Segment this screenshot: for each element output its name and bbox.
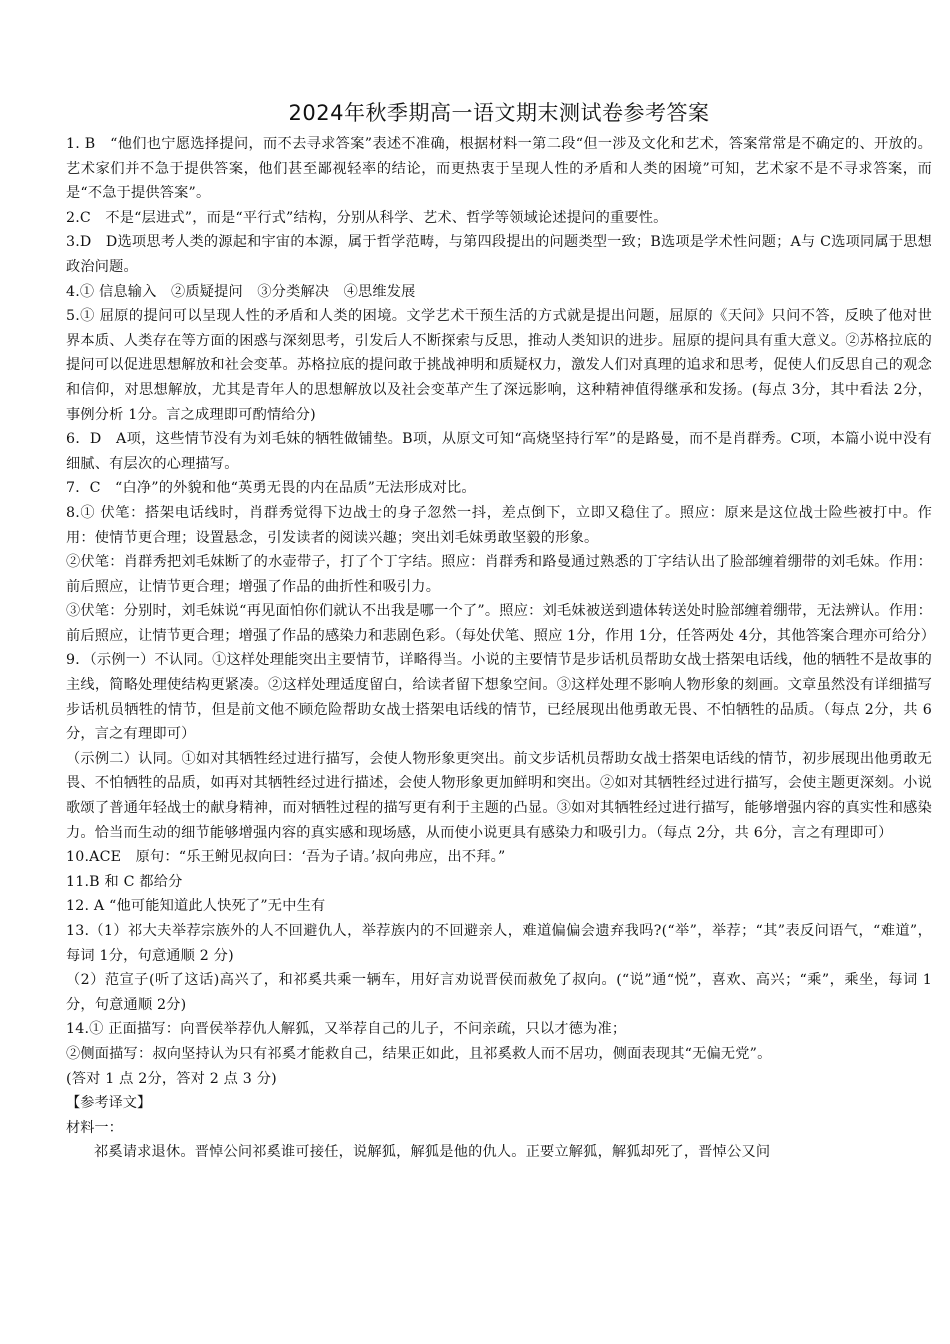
answer-13-part-2: （2）范宣子(听了这话)高兴了，和祁奚共乘一辆车，用好言劝说晋侯而赦免了叔向。(… [66, 968, 932, 1017]
answer-2: 2.C 不是“层进式”，而是“平行式”结构，分别从科学、艺术、哲学等领域论述提问… [66, 206, 932, 231]
answer-9-example-2: （示例二）认同。①如对其牺牲经过进行描写，会使人物形象更突出。前文步话机员帮助女… [66, 747, 932, 845]
answer-13-part-1: 13.（1）祁大夫举荐宗族外的人不回避仇人，举荐族内的不回避亲人，难道偏偏会遗弃… [66, 919, 932, 968]
answer-4: 4.① 信息输入 ②质疑提问 ③分类解决 ④思维发展 [66, 280, 932, 305]
answer-10: 10.ACE 原句：“乐王鲋见叔向曰：‘吾为子请。’叔向弗应，出不拜。” [66, 845, 932, 870]
material-label: 材料一： [66, 1116, 932, 1141]
translation-heading: 【参考译文】 [66, 1091, 932, 1116]
answer-3: 3.D D选项思考人类的源起和宇宙的本源，属于哲学范畴，与第四段提出的问题类型一… [66, 230, 932, 279]
answer-14-part-1: 14.① 正面描写：向晋侯举荐仇人解狐，又举荐自己的儿子，不问亲疏，只以才德为准… [66, 1017, 932, 1042]
answer-8-part-2: ②伏笔：肖群秀把刘毛妹断了的水壶带子，打了个丁字结。照应：肖群秀和路曼通过熟悉的… [66, 550, 932, 599]
translation-paragraph: 祁奚请求退休。晋悼公问祁奚谁可接任，说解狐，解狐是他的仇人。正要立解狐，解狐却死… [66, 1140, 932, 1165]
answer-14-part-2: ②侧面描写：叔向坚持认为只有祁奚才能救自己，结果正如此，且祁奚救人而不居功，侧面… [66, 1042, 932, 1067]
answer-14-scoring: (答对 1 点 2分，答对 2 点 3 分) [66, 1067, 932, 1092]
answer-8-part-1: 8.① 伏笔：搭架电话线时，肖群秀觉得下边战士的身子忽然一抖，差点倒下，立即又稳… [66, 501, 932, 550]
document-page: 2024年秋季期高一语文期末测试卷参考答案 1. B “他们也宁愿选择提问，而不… [66, 98, 932, 1165]
answer-5: 5.① 屈原的提问可以呈现人性的矛盾和人类的困境。文学艺术干预生活的方式就是提出… [66, 304, 932, 427]
answer-9-example-1: 9．（示例一）不认同。①这样处理能突出主要情节，详略得当。小说的主要情节是步话机… [66, 648, 932, 746]
answer-12: 12. A “他可能知道此人快死了”无中生有 [66, 894, 932, 919]
answer-8-part-3: ③伏笔：分别时，刘毛妹说“再见面怕你们就认不出我是哪一个了”。照应：刘毛妹被送到… [66, 599, 932, 648]
answer-6: 6．D A项，这些情节没有为刘毛妹的牺牲做铺垫。B项，从原文可知“高烧坚持行军”… [66, 427, 932, 476]
page-title: 2024年秋季期高一语文期末测试卷参考答案 [66, 98, 932, 128]
answer-11: 11.B 和 C 都给分 [66, 870, 932, 895]
answer-1: 1. B “他们也宁愿选择提问，而不去寻求答案”表述不准确，根据材料一第二段“但… [66, 132, 932, 206]
answer-7: 7．C “白净”的外貌和他“英勇无畏的内在品质”无法形成对比。 [66, 476, 932, 501]
